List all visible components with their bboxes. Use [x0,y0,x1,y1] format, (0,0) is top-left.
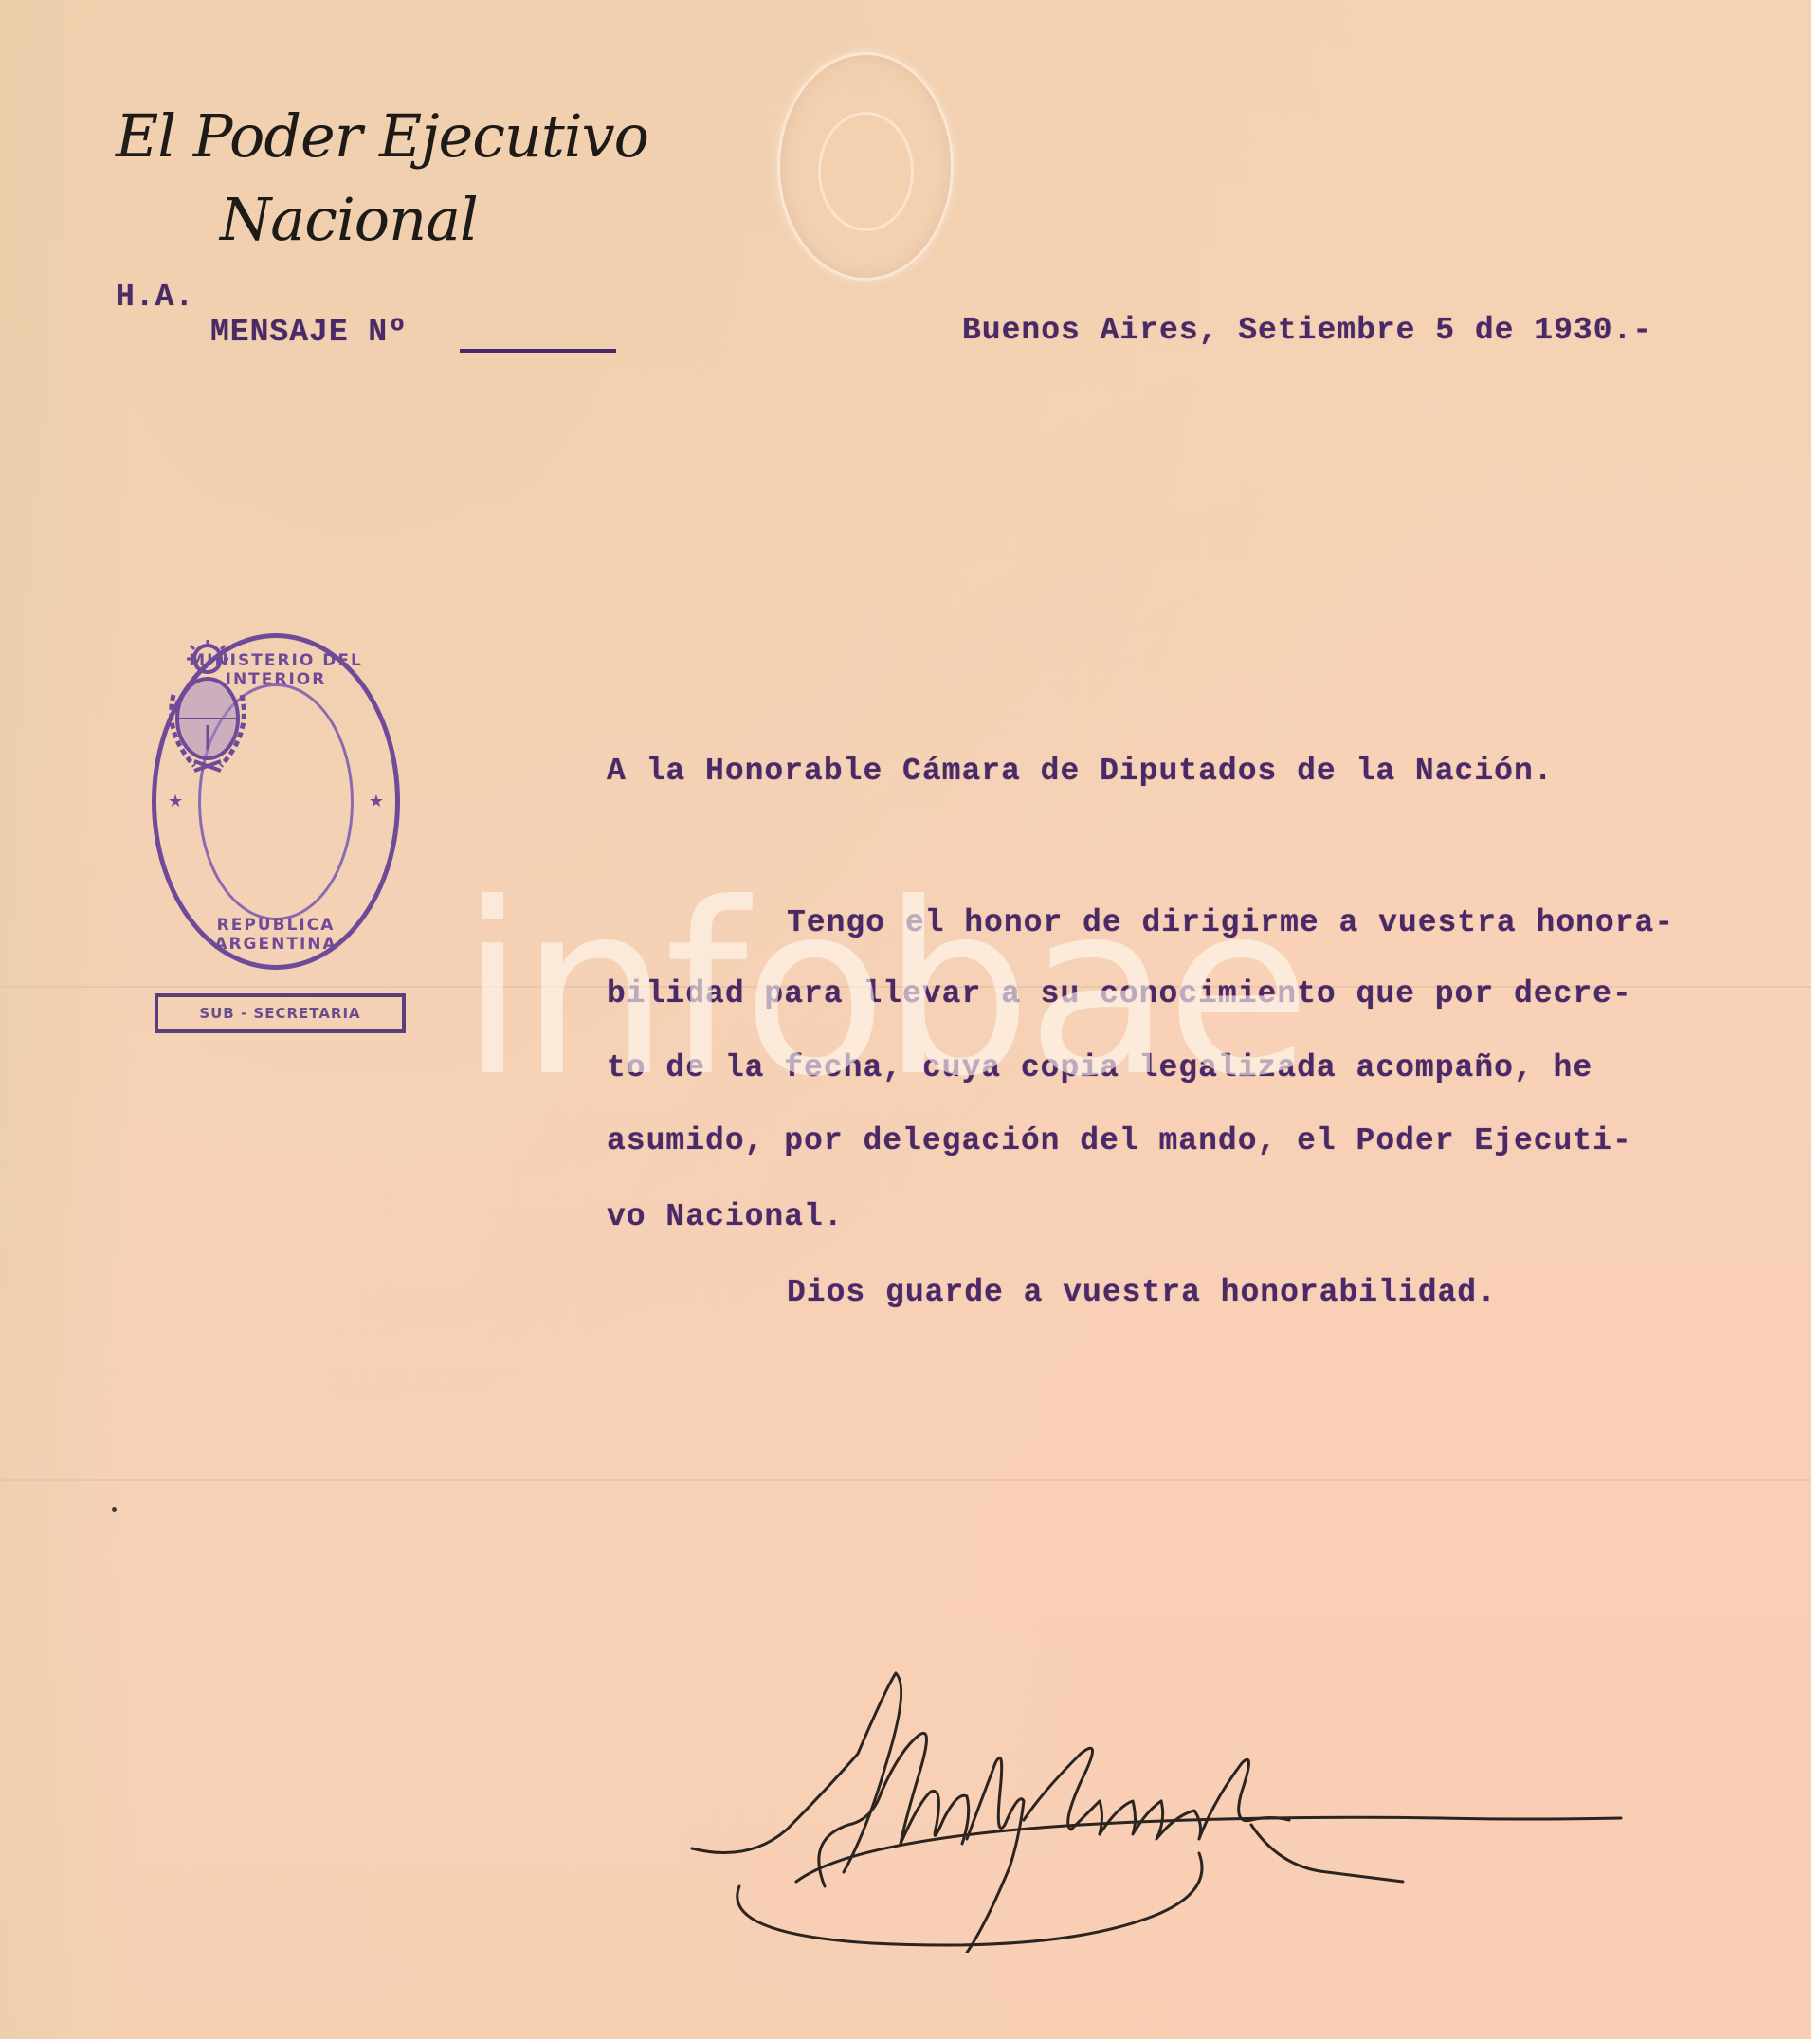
ministry-stamp: MINISTERIO DEL INTERIOR ★ ★ REPUBLICA AR… [152,633,400,970]
embossed-seal-icon [777,52,954,281]
body-line: asumido, por delegación del mando, el Po… [607,1123,1632,1158]
message-number-label: MENSAJE Nº [210,315,408,350]
stamp-bottom-text: REPUBLICA ARGENTINA [156,916,395,954]
star-icon: ★ [168,792,183,811]
body-line: vo Nacional. [607,1199,844,1234]
star-icon: ★ [369,792,384,811]
paper-fold [0,1479,1811,1481]
addressee: A la Honorable Cámara de Diputados de la… [607,754,1554,789]
subsecretaria-box: SUB - SECRETARIA [155,993,406,1033]
letterhead-line-1: El Poder Ejecutivo [116,101,648,171]
letterhead-line-2: Nacional [116,178,648,262]
paper-speck [112,1507,117,1512]
signature [682,1649,1630,1953]
watermark-logo: infobae [460,872,1306,1109]
reference-initials: H.A. [116,280,194,315]
letter-paper: El Poder Ejecutivo Nacional H.A. MENSAJE… [0,0,1811,2039]
closing-line: Dios guarde a vuestra honorabilidad. [787,1275,1497,1310]
coat-of-arms-icon [156,638,259,780]
message-number-blank [460,349,616,353]
dateline: Buenos Aires, Setiembre 5 de 1930.- [962,313,1652,348]
letterhead: El Poder Ejecutivo Nacional [116,95,648,262]
